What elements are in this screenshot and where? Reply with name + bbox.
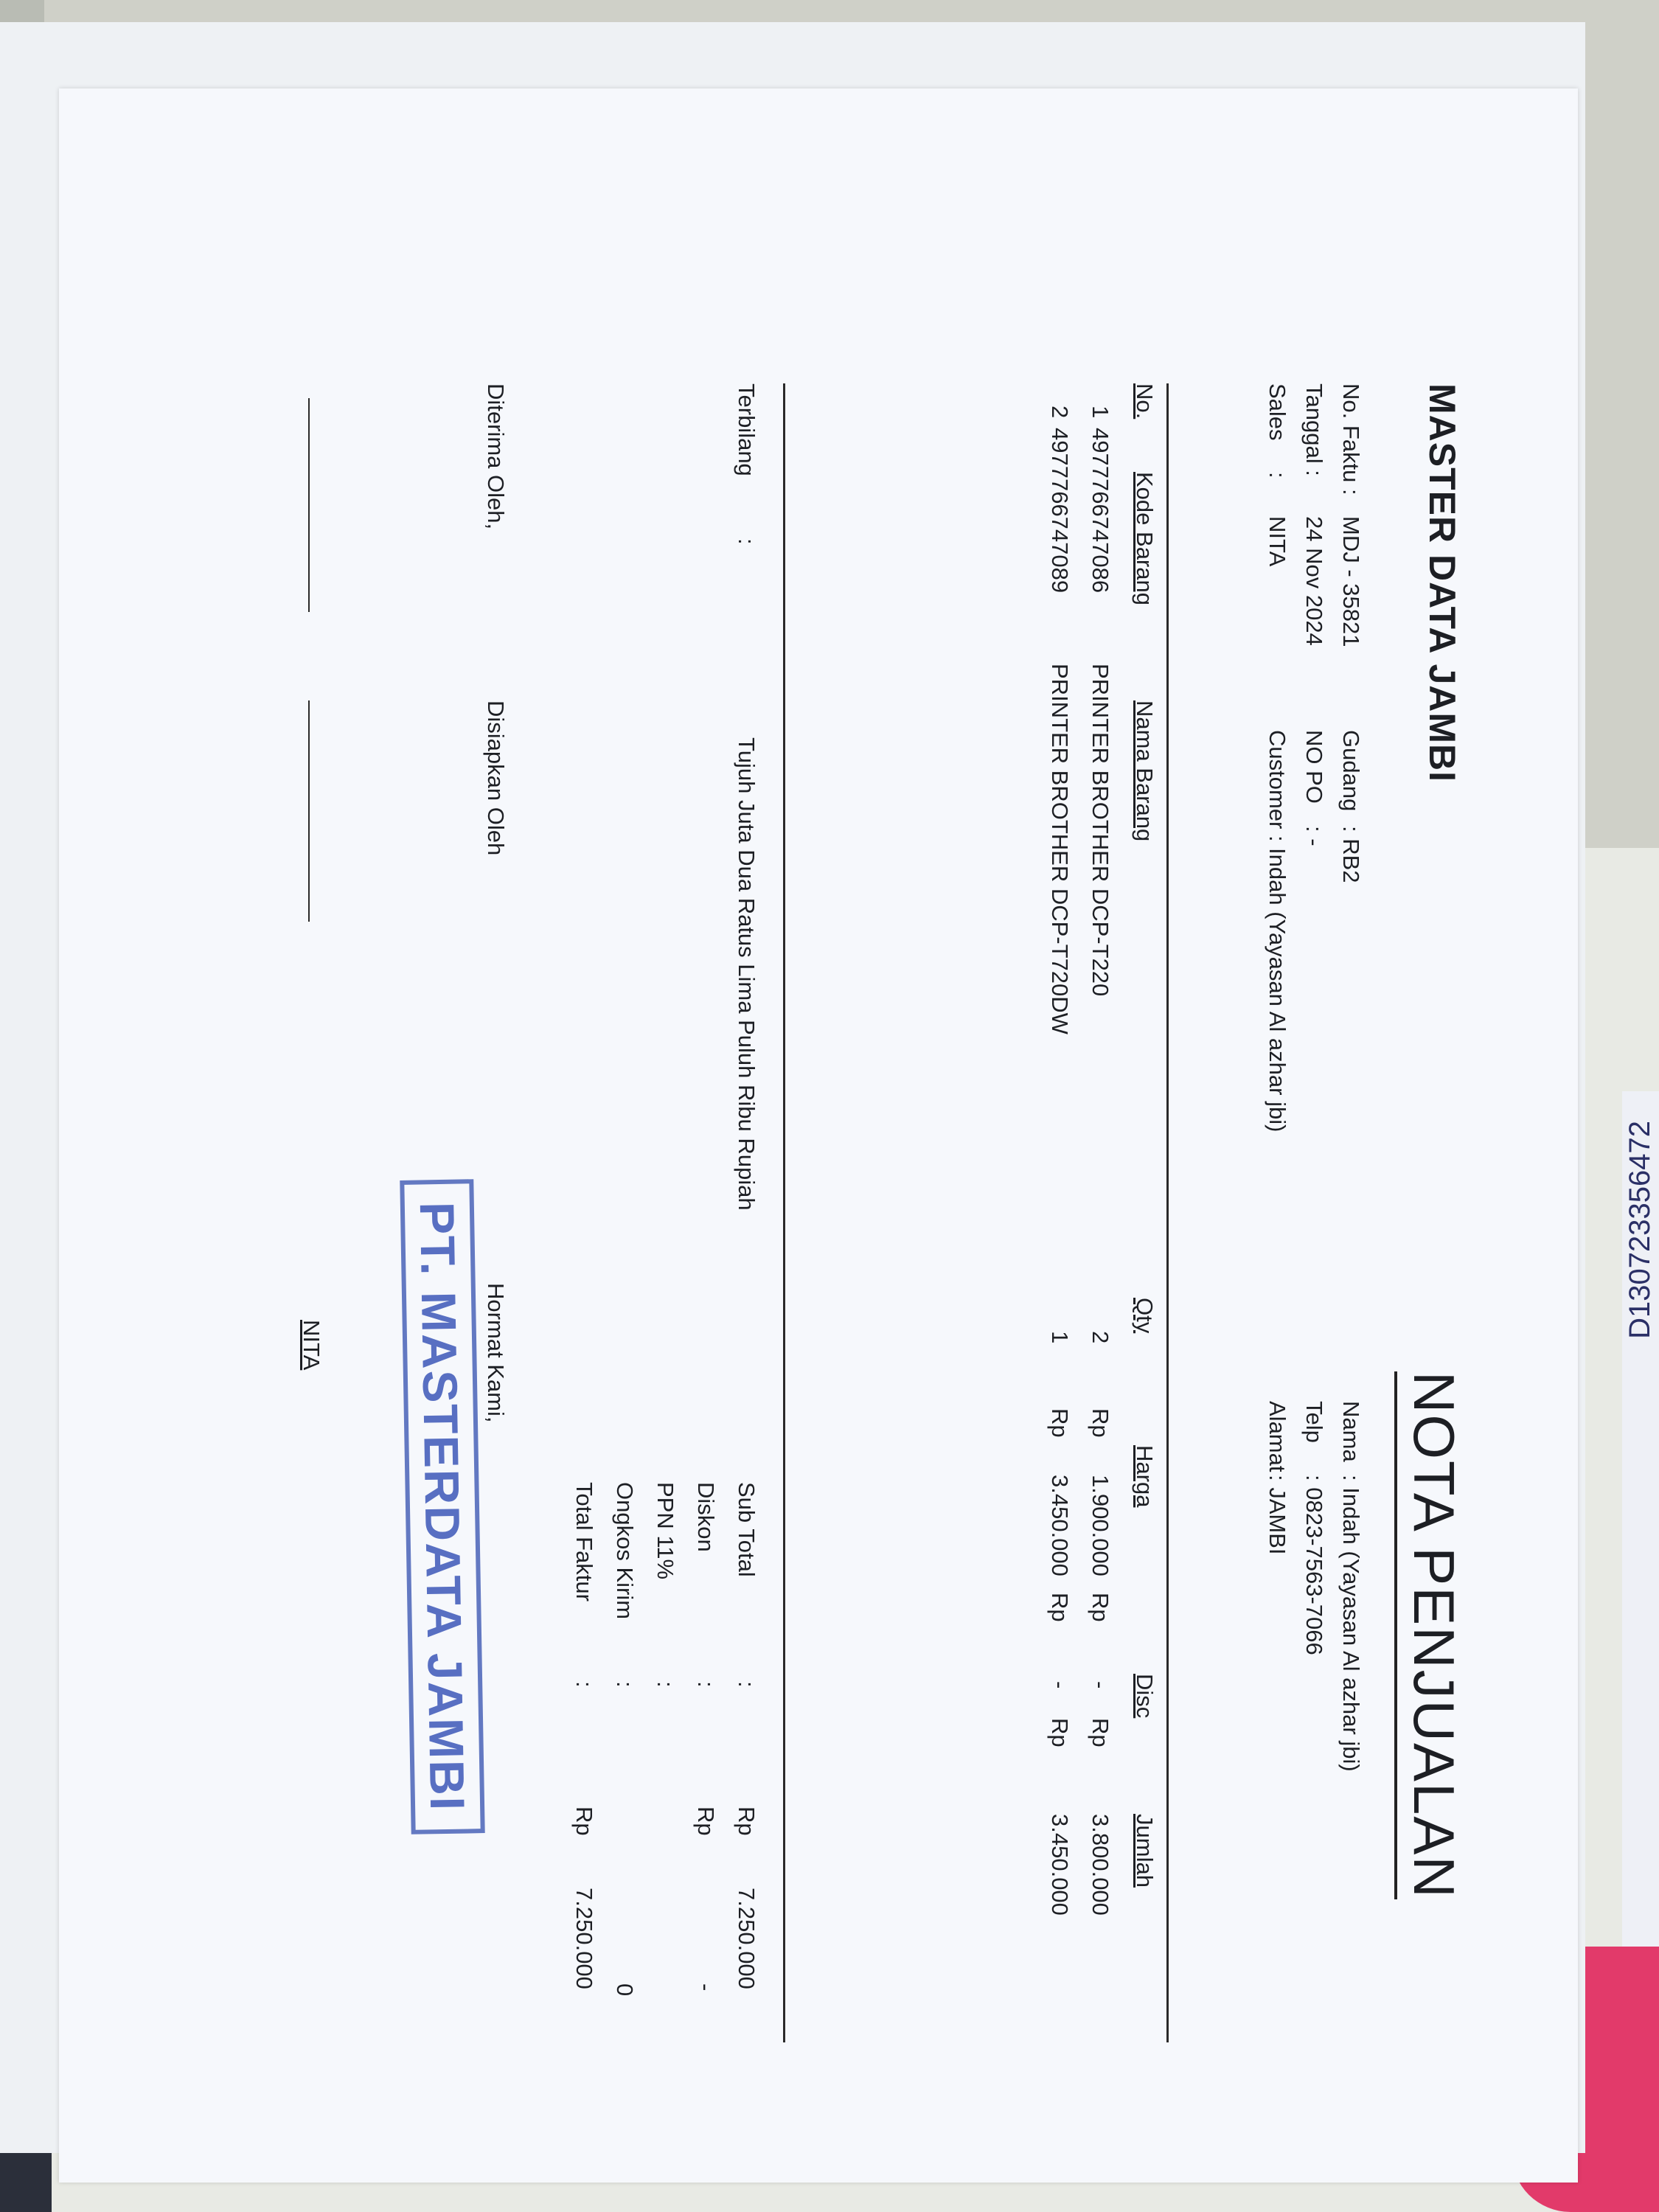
row-harga: 1.900.000 [1087,1475,1113,1576]
row-disc-cur: Rp [1087,1593,1113,1622]
row-harga: 3.450.000 [1046,1475,1073,1576]
row-jumlah-cur: Rp [1087,1718,1113,1747]
terbilang-text: Tujuh Juta Dua Ratus Lima Puluh Ribu Rup… [733,737,759,1211]
diterima-signature-line [308,398,310,612]
nama-value: : Indah (Yayasan Al azhar jbi) [1338,1475,1364,1772]
telp-label: Telp [1301,1401,1327,1443]
terbilang-label: Terbilang [733,383,759,476]
ppn-label: PPN 11% [652,1482,678,1579]
tanggal-value: 24 Nov 2024 [1301,516,1327,646]
diskon-cur: Rp [692,1806,719,1836]
subtotal-sep: : [733,1681,759,1688]
col-header-disc: Disc [1131,1674,1158,1718]
subtotal-cur: Rp [733,1806,759,1836]
row-jumlah: 3.450.000 [1046,1814,1073,1916]
sales-value: NITA [1264,516,1290,566]
no-faktur-label: No. Faktu : [1338,383,1364,495]
disiapkan-signature-line [308,700,310,922]
row-harga-cur: Rp [1046,1408,1073,1438]
row-disc: - [1087,1681,1113,1688]
invoice-page: MASTER DATA JAMBI NOTA PENJUALAN No. Fak… [0,0,1659,2212]
company-name: MASTER DATA JAMBI [1421,383,1464,782]
nopo-label: NO PO [1301,730,1327,804]
ongkir-label: Ongkos Kirim [611,1482,638,1619]
diskon-sep: : [692,1681,719,1688]
customer-label: Customer : [1264,730,1290,842]
telp-value: : 0823-7563-7066 [1301,1475,1327,1655]
total-faktur-cur: Rp [571,1806,597,1836]
tanggal-label: Tanggal : [1301,383,1327,476]
ongkir-sep: : [611,1681,638,1688]
gudang-label: Gudang [1338,730,1364,811]
row-nama: PRINTER BROTHER DCP-T720DW [1046,664,1073,1034]
ppn-sep: : [652,1681,678,1688]
hormat-name: NITA [298,1320,324,1370]
table-top-rule [1166,383,1169,2042]
row-qty: 2 [1087,1331,1113,1343]
col-header-jumlah: Jumlah [1131,1814,1158,1888]
diterima-label: Diterima Oleh, [482,383,509,529]
ongkir-value: 0 [611,1983,638,1996]
row-kode: 4977766747089 [1046,428,1073,593]
document-title: NOTA PENJUALAN [1394,1371,1467,1899]
invoice-paper: MASTER DATA JAMBI NOTA PENJUALAN No. Fak… [59,88,1578,2183]
row-qty: 1 [1046,1331,1073,1343]
total-faktur-label: Total Faktur [571,1482,597,1601]
col-header-no: No. [1131,383,1158,419]
col-header-kode: Kode Barang [1131,472,1158,605]
terbilang-sep: : [733,538,759,545]
nama-label: Nama [1338,1401,1364,1462]
row-no: 2 [1046,406,1073,418]
alamat-label: Alamat [1264,1401,1290,1472]
col-header-nama: Nama Barang [1131,700,1158,841]
hormat-label: Hormat Kami, [482,1283,509,1422]
sales-sep: : [1264,472,1290,479]
subtotal-label: Sub Total [733,1482,759,1577]
row-kode: 4977766747086 [1087,428,1113,593]
diskon-label: Diskon [692,1482,719,1552]
row-harga-cur: Rp [1087,1408,1113,1438]
disiapkan-label: Disiapkan Oleh [482,700,509,855]
company-stamp: PT. MASTERDATA JAMBI [400,1179,484,1834]
row-nama: PRINTER BROTHER DCP-T220 [1087,664,1113,996]
row-disc: - [1046,1681,1073,1688]
sales-label: Sales [1264,383,1290,441]
col-header-qty: Qty [1131,1298,1158,1333]
total-faktur-value: 7.250.000 [571,1888,597,1989]
gudang-value: : RB2 [1338,826,1364,883]
customer-value: Indah (Yayasan Al azhar jbi) [1264,848,1290,1132]
total-faktur-sep: : [571,1681,597,1688]
row-jumlah: 3.800.000 [1087,1814,1113,1916]
nopo-value: : - [1301,826,1327,846]
col-header-harga: Harga [1131,1445,1158,1507]
row-no: 1 [1087,406,1113,418]
subtotal-value: 7.250.000 [733,1888,759,1989]
no-faktur-value: MDJ - 35821 [1338,516,1364,647]
totals-top-rule [783,383,785,2042]
row-jumlah-cur: Rp [1046,1718,1073,1747]
diskon-value: - [692,1983,719,1991]
alamat-value: : JAMBI [1264,1475,1290,1555]
row-disc-cur: Rp [1046,1593,1073,1622]
